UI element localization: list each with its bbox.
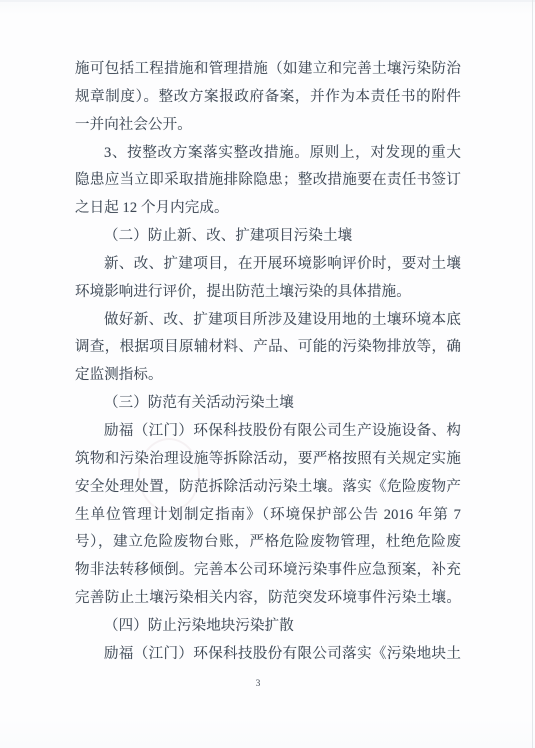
text-line: 新、改、扩建项目，在开展环境影响评价时，要对土壤: [75, 251, 461, 279]
text-line: 生单位管理计划制定指南》（环境保护部公告 2016 年第 7: [75, 502, 461, 530]
text-line: 完善防止土壤污染相关内容，防范突发环境事件污染土壤。: [75, 585, 461, 613]
text-line: 调查，根据项目原辅材料、产品、可能的污染物排放等，确: [75, 334, 461, 362]
text-line: 筑物和污染治理设施等拆除活动，要严格按照有关规定实施: [75, 446, 461, 474]
text-line: 励福（江门）环保科技股份有限公司生产设施设备、构: [75, 418, 461, 446]
text-line: 一并向社会公开。: [75, 112, 461, 140]
document-page: 施可包括工程措施和管理措施（如建立和完善土壤污染防治规章制度）。整改方案报政府备…: [0, 0, 535, 748]
text-line: 之日起 12 个月内完成。: [75, 195, 461, 223]
text-line: 励福（江门）环保科技股份有限公司落实《污染地块土: [75, 641, 461, 669]
text-line: 定监测指标。: [75, 362, 461, 390]
text-line: （四）防止污染地块污染扩散: [75, 613, 461, 641]
page-right-edge-shadow: [532, 0, 533, 748]
text-line: 规章制度）。整改方案报政府备案，并作为本责任书的附件: [75, 84, 461, 112]
text-line: 物非法转移倾倒。完善本公司环境污染事件应急预案，补充: [75, 557, 461, 585]
text-line: （二）防止新、改、扩建项目污染土壤: [75, 223, 461, 251]
text-line: 3、按整改方案落实整改措施。原则上，对发现的重大: [75, 140, 461, 168]
text-line: 做好新、改、扩建项目所涉及建设用地的土壤环境本底: [75, 307, 461, 335]
text-line: 号），建立危险废物台账，严格危险废物管理，杜绝危险废: [75, 529, 461, 557]
text-line: 环境影响进行评价，提出防范土壤污染的具体措施。: [75, 279, 461, 307]
text-line: 安全处理处置，防范拆除活动污染土壤。落实《危险废物产: [75, 474, 461, 502]
text-line: （三）防范有关活动污染土壤: [75, 390, 461, 418]
text-line: 施可包括工程措施和管理措施（如建立和完善土壤污染防治: [75, 56, 461, 84]
page-number: 3: [0, 679, 516, 689]
text-block: 施可包括工程措施和管理措施（如建立和完善土壤污染防治规章制度）。整改方案报政府备…: [75, 56, 461, 669]
text-line: 隐患应当立即采取措施排除隐患；整改措施要在责任书签订: [75, 167, 461, 195]
page-top-edge-shadow: [0, 0, 535, 2]
